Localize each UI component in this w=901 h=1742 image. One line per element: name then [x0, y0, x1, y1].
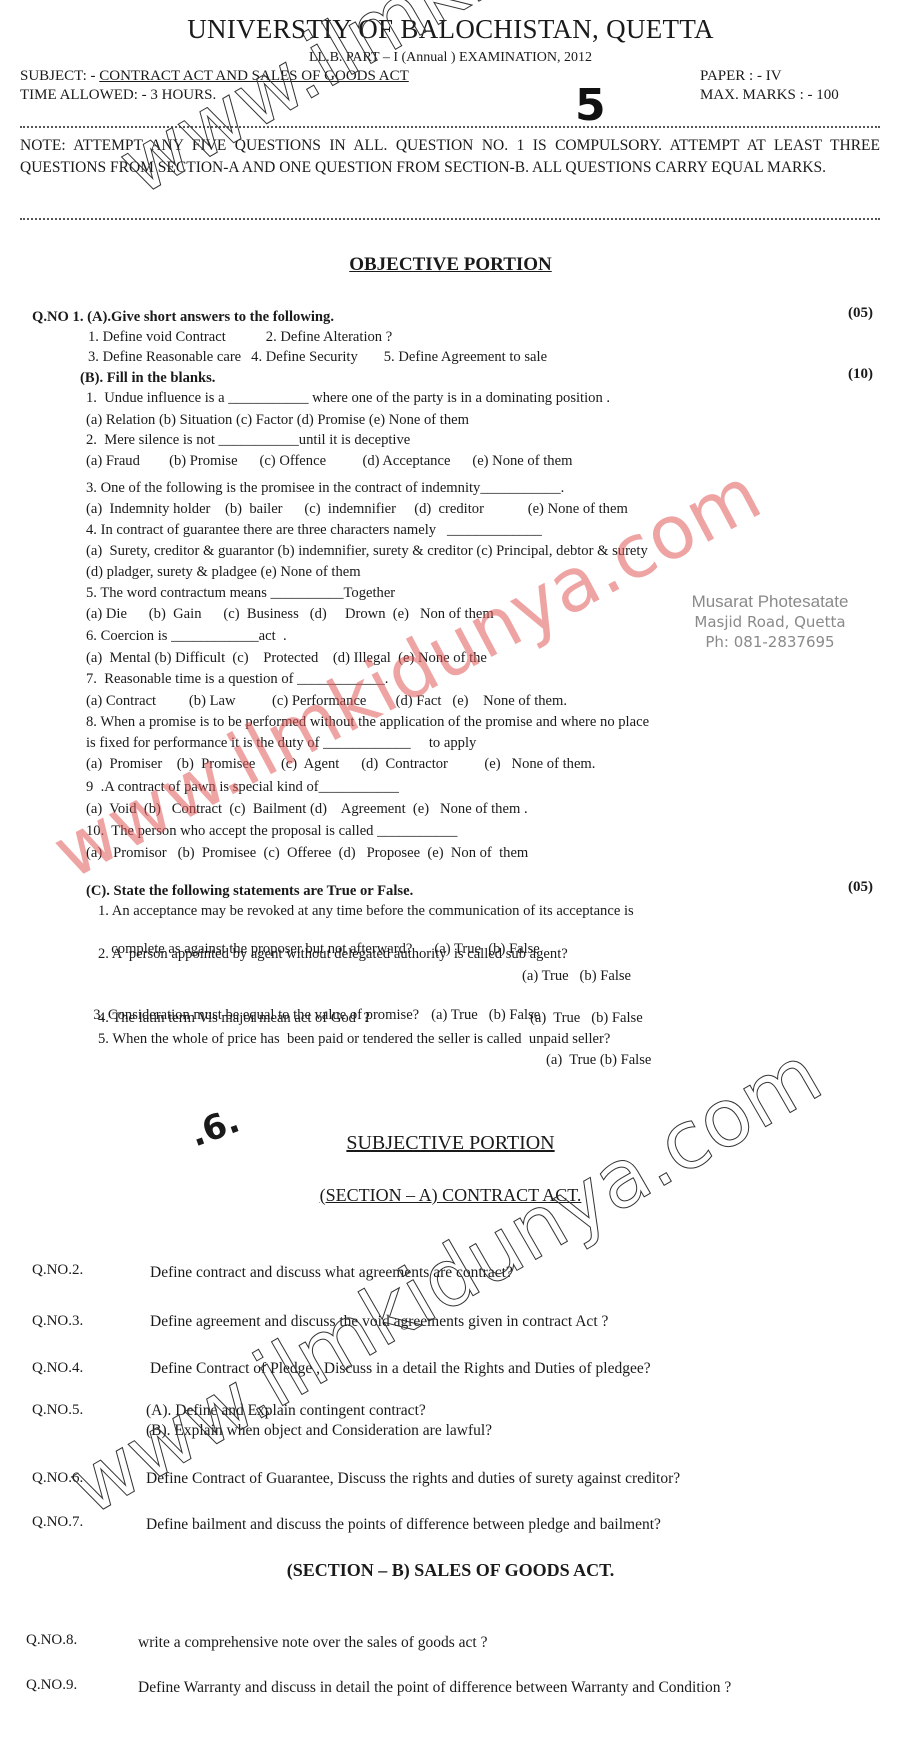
- tf-q5: 5. When the whole of price has been paid…: [98, 1031, 610, 1048]
- subject-label: SUBJECT: -: [20, 68, 96, 84]
- marks-partC: (05): [848, 879, 873, 896]
- q8-number: Q.NO.8.: [26, 1632, 77, 1649]
- stamp-shop-name: Musarat Photesatate: [670, 592, 870, 612]
- q9-number: Q.NO.9.: [26, 1677, 77, 1694]
- section-b-heading: (SECTION – B) SALES OF GOODS ACT.: [0, 1560, 901, 1581]
- fill-q2-options: (a) Fraud (b) Promise (c) Offence (d) Ac…: [86, 453, 572, 470]
- partC-heading: (C). State the following statements are …: [86, 883, 413, 900]
- exam-title: LL.B. PART – I (Annual ) EXAMINATION, 20…: [0, 50, 901, 66]
- tf-q1: 1. An acceptance may be revoked at any t…: [98, 903, 634, 920]
- marks-partA: (05): [848, 305, 873, 322]
- q6-text: Define Contract of Guarantee, Discuss th…: [146, 1470, 680, 1488]
- paper-number: PAPER : - IV: [700, 68, 782, 85]
- q2-number: Q.NO.2.: [32, 1262, 83, 1279]
- tf-q2: 2. A person appointed by agent without d…: [98, 946, 568, 963]
- dotted-divider: [20, 218, 880, 224]
- partA-line2: 3. Define Reasonable care4. Define Secur…: [88, 349, 547, 366]
- photocopy-stamp: Musarat Photesatate Masjid Road, Quetta …: [670, 592, 870, 652]
- fill-q2: 2. Mere silence is not ___________until …: [86, 432, 410, 449]
- fill-q3-options: (a) Indemnity holder (b) bailer (c) inde…: [86, 501, 628, 518]
- handwritten-mark: 5: [575, 80, 606, 131]
- fill-q1: 1. Undue influence is a ___________ wher…: [86, 390, 610, 407]
- max-marks: MAX. MARKS : - 100: [700, 87, 839, 104]
- q8-text: write a comprehensive note over the sale…: [138, 1634, 487, 1652]
- fill-q1-options: (a) Relation (b) Situation (c) Factor (d…: [86, 412, 469, 429]
- objective-heading: OBJECTIVE PORTION: [0, 254, 901, 276]
- q7-number: Q.NO.7.: [32, 1514, 83, 1531]
- tf-q3-options: (a) True (b) False: [431, 1007, 540, 1023]
- tf-q2-options: (a) True (b) False: [522, 968, 631, 985]
- tf-q4-options: (a) True (b) False: [530, 1010, 643, 1027]
- fill-q4: 4. In contract of guarantee there are th…: [86, 522, 542, 539]
- q1-heading: Q.NO 1. (A).Give short answers to the fo…: [32, 309, 334, 326]
- partB-heading: (B). Fill in the blanks.: [80, 370, 215, 387]
- partA-line1: 1. Define void Contract2. Define Alterat…: [88, 329, 392, 346]
- tf-q5-options: (a) True (b) False: [546, 1052, 651, 1069]
- marks-partB: (10): [848, 366, 873, 383]
- section-a-heading: (SECTION – A) CONTRACT ACT.: [0, 1185, 901, 1206]
- q5-number: Q.NO.5.: [32, 1402, 83, 1419]
- fill-q6: 6. Coercion is ____________act .: [86, 628, 287, 645]
- fill-q3: 3. One of the following is the promisee …: [86, 480, 564, 497]
- stamp-phone: Ph: 081-2837695: [670, 632, 870, 652]
- fill-q5: 5. The word contractum means __________T…: [86, 585, 395, 602]
- fill-q4-options-cont: (d) pladger, surety & pladgee (e) None o…: [86, 564, 361, 581]
- stamp-address: Masjid Road, Quetta: [670, 612, 870, 632]
- q3-number: Q.NO.3.: [32, 1313, 83, 1330]
- q7-text: Define bailment and discuss the points o…: [146, 1516, 661, 1534]
- q4-number: Q.NO.4.: [32, 1360, 83, 1377]
- q9-text: Define Warranty and discuss in detail th…: [138, 1679, 731, 1697]
- tf-q4: 4. The latin term Vis major mean act of …: [98, 1010, 370, 1027]
